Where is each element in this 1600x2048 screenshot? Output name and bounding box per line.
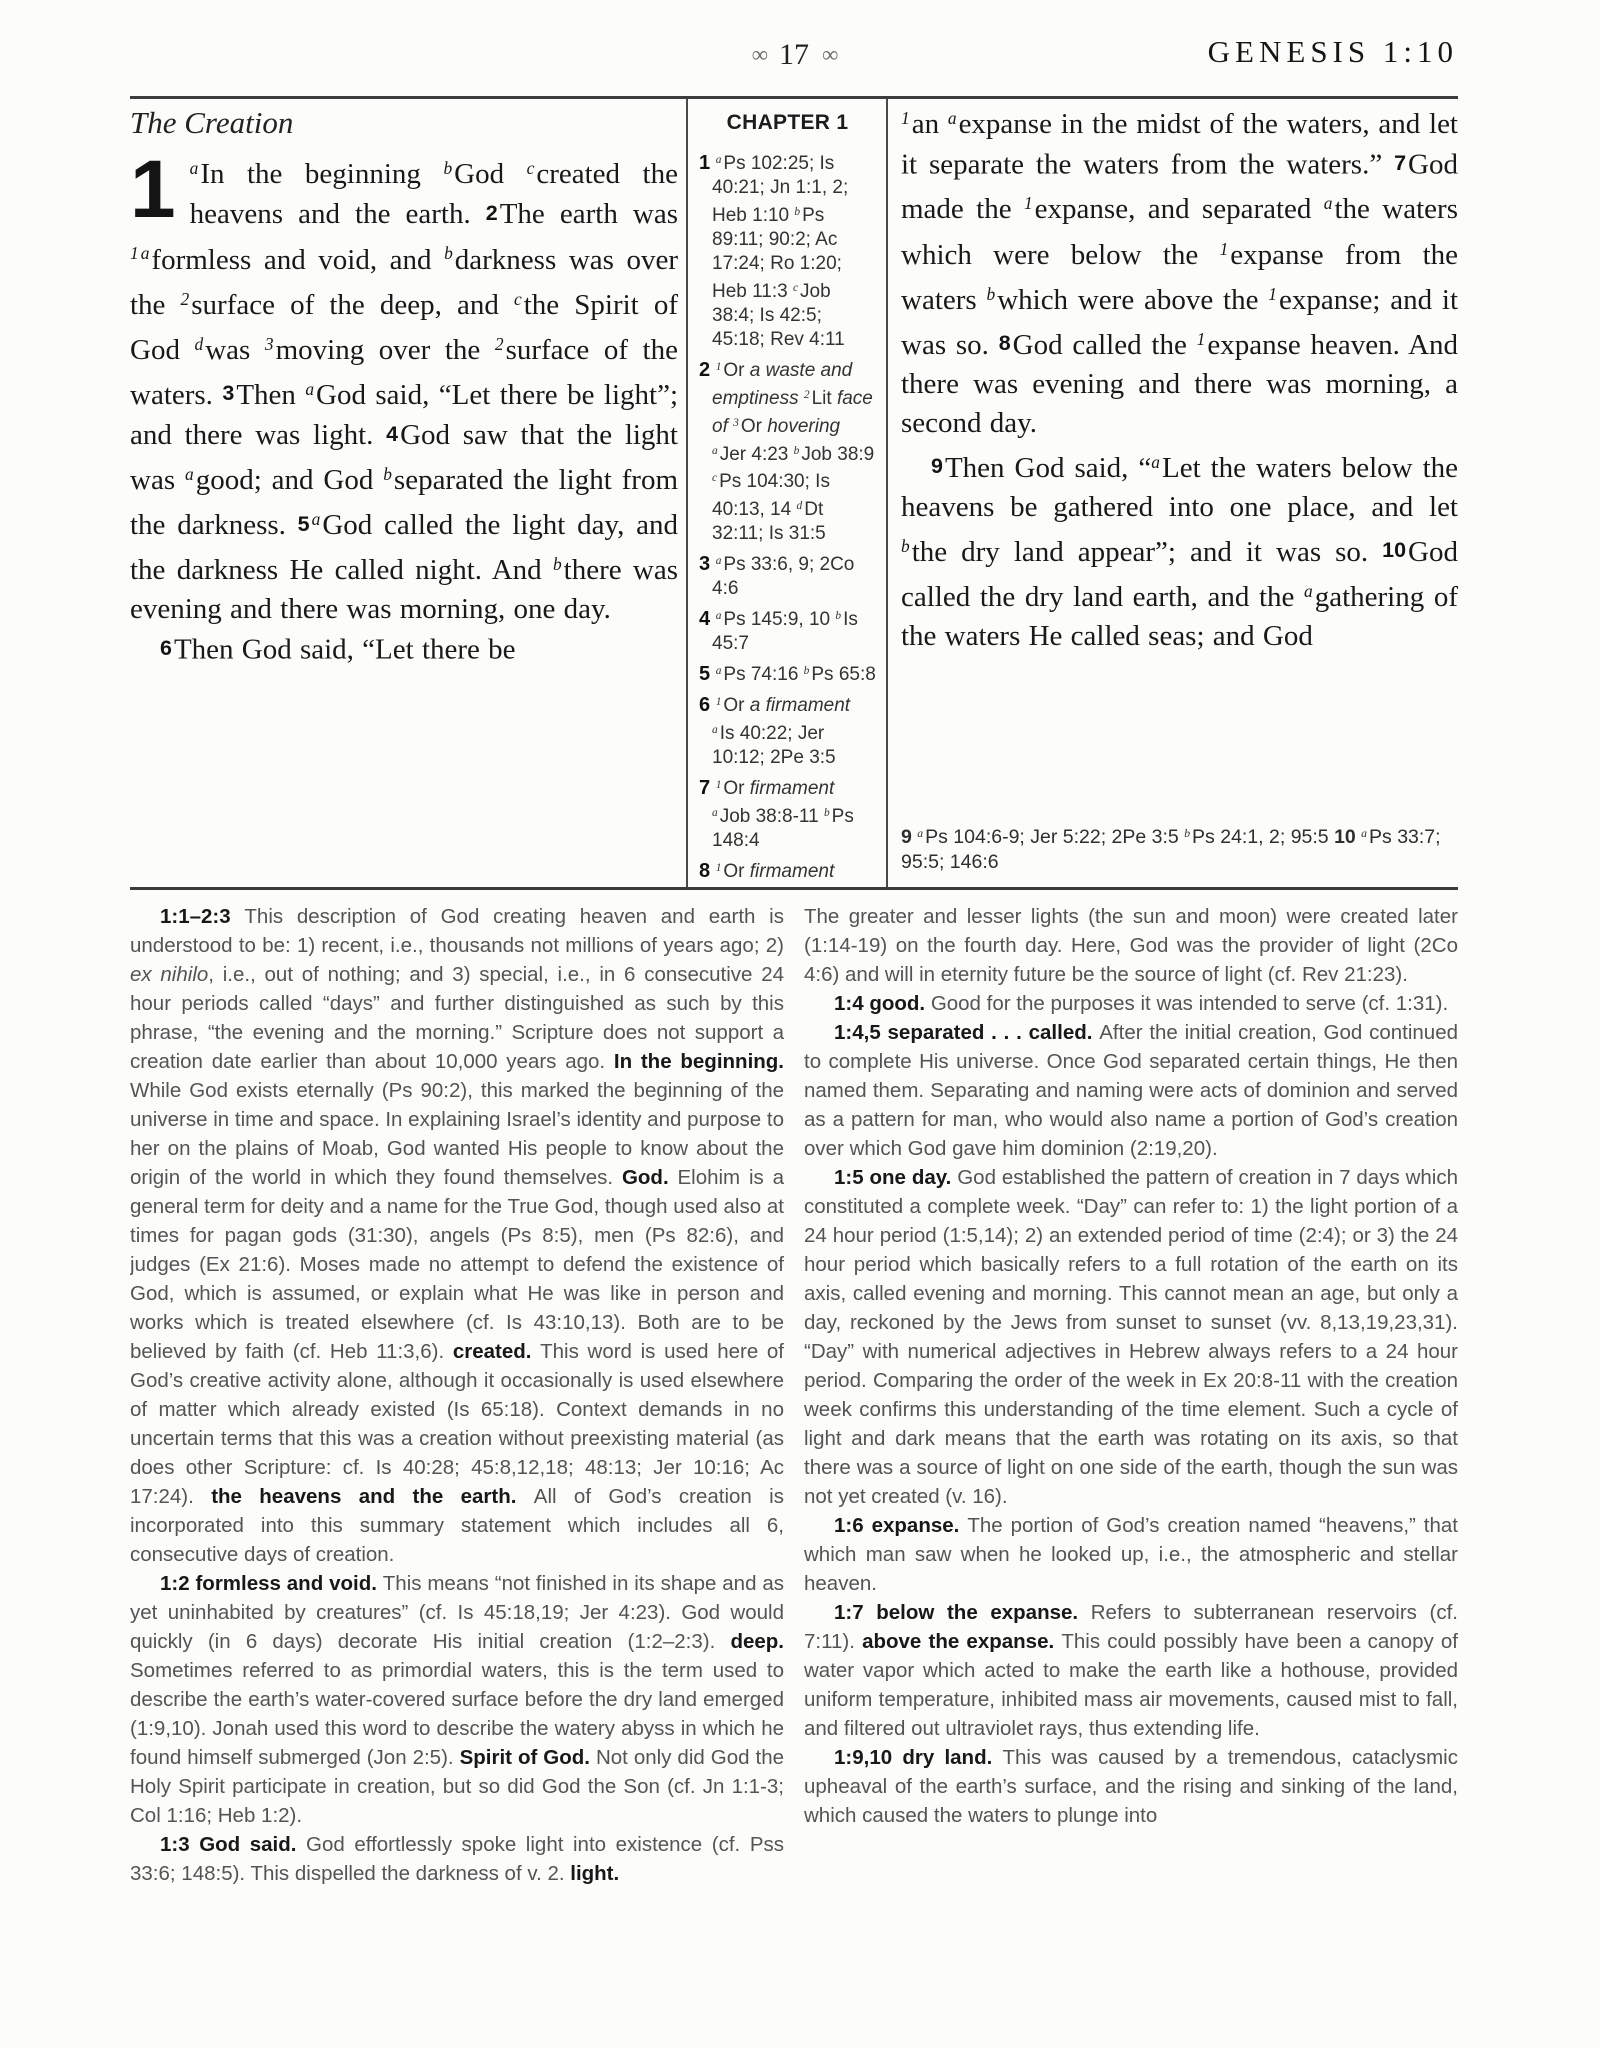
verse-paragraph: 9Then God said, “aLet the waters below t… [901, 443, 1458, 656]
bible-text-section: The Creation 1aIn the beginning bGod ccr… [130, 99, 1458, 887]
verse-paragraph: 1aIn the beginning bGod ccreated the hea… [130, 149, 678, 629]
reference-entry: 6 1Or a firmament aIs 40:22; Jer 10:12; … [699, 690, 876, 770]
reference-entry: 2 1Or a waste and emptiness 2Lit face of… [699, 355, 876, 547]
cross-reference-column: CHAPTER 1 1 aPs 102:25; Is 40:21; Jn 1:1… [686, 99, 888, 887]
commentary-right-column: The greater and lesser lights (the sun a… [804, 902, 1458, 2044]
reference-entry: 1 aPs 102:25; Is 40:21; Jn 1:1, 2; Heb 1… [699, 148, 876, 352]
commentary-paragraph: 1:7 below the expanse. Refers to subterr… [804, 1598, 1458, 1743]
commentary-paragraph: The greater and lesser lights (the sun a… [804, 902, 1458, 989]
ornament-right-icon: ∞ [822, 42, 836, 67]
ornament-left-icon: ∞ [752, 42, 766, 67]
chapter-number-dropcap: 1 [130, 156, 176, 224]
commentary-left-column: 1:1–2:3 This description of God creating… [130, 902, 784, 2044]
commentary-paragraph: 1:2 formless and void. This means “not f… [130, 1569, 784, 1830]
commentary-paragraph: 1:1–2:3 This description of God creating… [130, 902, 784, 1569]
verse-footnotes: 9 aPs 104:6-9; Jer 5:22; 2Pe 3:5 bPs 24:… [901, 821, 1458, 887]
section-heading: The Creation [130, 105, 678, 141]
commentary-section: 1:1–2:3 This description of God creating… [130, 890, 1458, 2044]
page-header: ∞17∞ GENESIS 1:10 [130, 0, 1458, 90]
verse-text-runs: aIn the beginning bGod ccreated the heav… [130, 158, 678, 625]
commentary-paragraph: 1:4,5 separated . . . called. After the … [804, 1018, 1458, 1163]
bible-left-column: The Creation 1aIn the beginning bGod ccr… [130, 99, 678, 887]
commentary-paragraph: 1:3 God said. God effortlessly spoke lig… [130, 1830, 784, 1888]
verse-paragraph: 6Then God said, “Let there be [130, 629, 678, 669]
reference-entry: 3 aPs 33:6, 9; 2Co 4:6 [699, 549, 876, 601]
commentary-paragraph: 1:5 one day. God established the pattern… [804, 1163, 1458, 1511]
commentary-paragraph: 1:6 expanse. The portion of God’s creati… [804, 1511, 1458, 1598]
verse-paragraph: 1an aexpanse in the midst of the waters,… [901, 99, 1458, 443]
reference-entry: 5 aPs 74:16 bPs 65:8 [699, 659, 876, 687]
reference-entry: 4 aPs 145:9, 10 bIs 45:7 [699, 604, 876, 656]
reference-entry: 8 1Or firmament [699, 856, 876, 884]
running-head: GENESIS 1:10 [1208, 34, 1458, 70]
chapter-heading: CHAPTER 1 [699, 111, 876, 135]
commentary-paragraph: 1:4 good. Good for the purposes it was i… [804, 989, 1458, 1018]
bible-page: ∞17∞ GENESIS 1:10 The Creation 1aIn the … [0, 0, 1600, 2048]
page-number: 17 [779, 38, 809, 71]
reference-entry: 7 1Or firmament aJob 38:8-11 bPs 148:4 [699, 773, 876, 853]
bible-right-column: 1an aexpanse in the midst of the waters,… [888, 99, 1458, 887]
commentary-paragraph: 1:9,10 dry land. This was caused by a tr… [804, 1743, 1458, 1830]
